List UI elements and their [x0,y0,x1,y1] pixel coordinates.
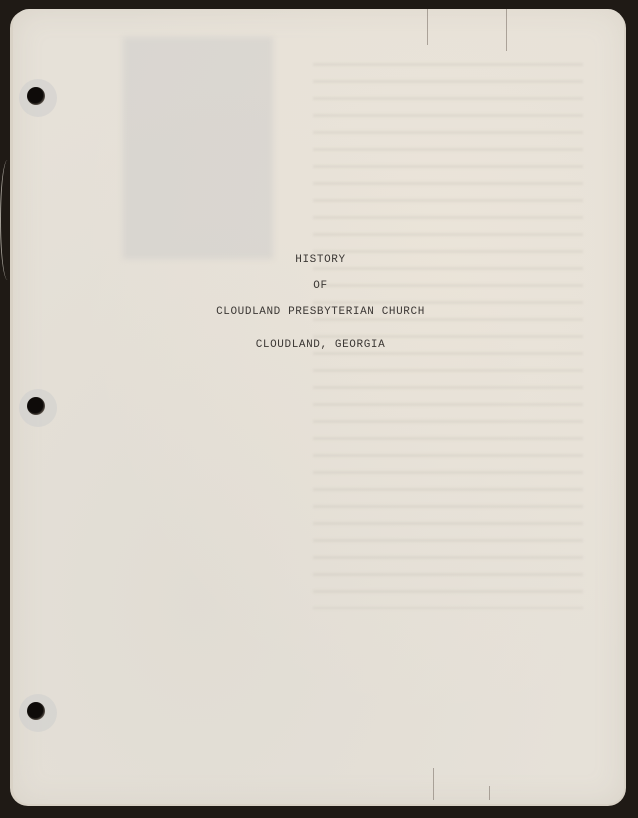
punch-hole-icon [27,87,45,105]
punch-hole-icon [27,397,45,415]
paper-crease [489,786,490,800]
document-page: HISTORY OF CLOUDLAND PRESBYTERIAN CHURCH… [13,9,624,804]
title-line-history: HISTORY [15,254,624,266]
punch-hole-icon [27,702,45,720]
paper-crease [506,9,507,51]
photo-bleed-through [123,37,273,259]
title-block: HISTORY OF CLOUDLAND PRESBYTERIAN CHURCH… [13,254,624,351]
title-line-of: OF [15,280,624,292]
title-line-church-name: CLOUDLAND PRESBYTERIAN CHURCH [15,306,624,318]
paper-crease [433,768,434,800]
scan-background: HISTORY OF CLOUDLAND PRESBYTERIAN CHURCH… [0,0,638,818]
paper-crease [427,9,428,45]
title-line-location: CLOUDLAND, GEORGIA [15,339,624,351]
